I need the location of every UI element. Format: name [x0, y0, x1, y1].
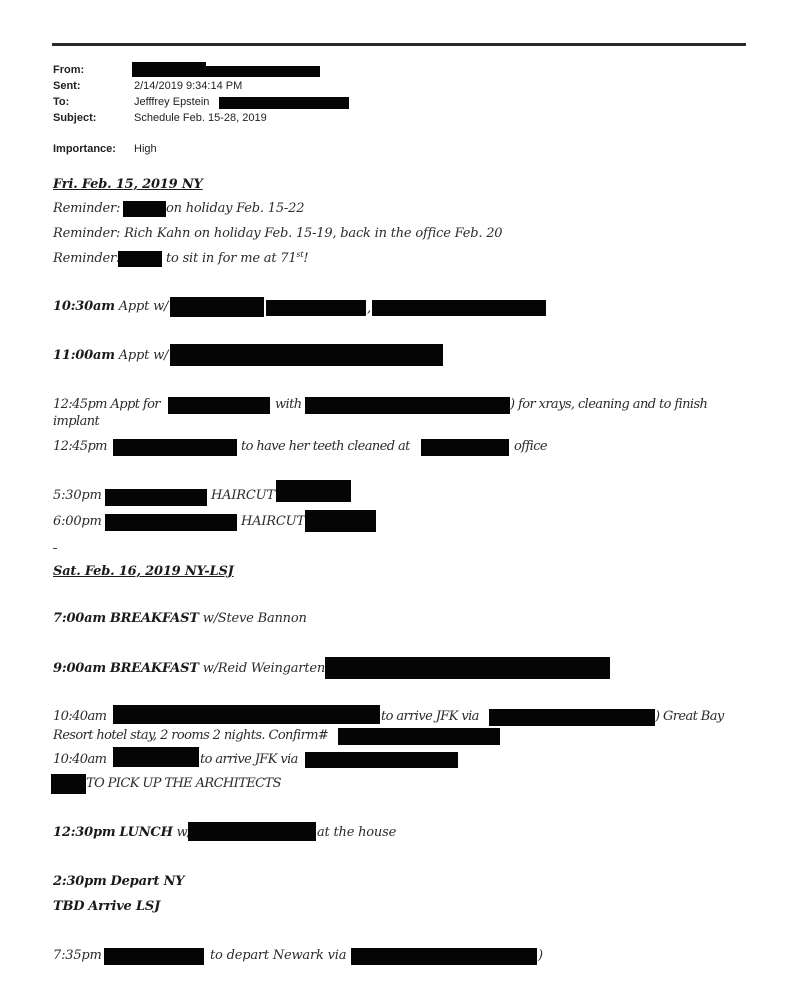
- entry-time: 11:00am: [53, 348, 115, 363]
- to-label: To:: [53, 96, 69, 109]
- reminder-suffix: !: [303, 251, 308, 266]
- entry-event: LUNCH: [119, 825, 172, 840]
- comma: ,: [367, 300, 371, 317]
- day-heading-fri: Fri. Feb. 15, 2019 NY: [53, 176, 203, 193]
- entry-text-c: ) for xrays, cleaning and to finish: [510, 396, 707, 413]
- to-redaction: [219, 97, 349, 109]
- entry-text: Appt w/: [119, 348, 169, 363]
- redaction: [305, 397, 510, 414]
- to-value: Jefffrey Epstein: [134, 96, 209, 109]
- separator-dash: [53, 548, 57, 549]
- redaction: [276, 480, 351, 502]
- from-redaction: [132, 66, 320, 77]
- entry-1030: 10:30am Appt w/: [53, 298, 168, 315]
- entry-text: ): [538, 947, 543, 964]
- entry-time: 7:00am: [53, 611, 106, 626]
- entry-text: to have her teeth cleaned at: [241, 438, 410, 455]
- reminder-2: Reminder: Rich Kahn on holiday Feb. 15-1…: [53, 225, 502, 242]
- entry-230: 2:30pm Depart NY: [53, 873, 184, 890]
- entry-time: TBD: [53, 899, 84, 914]
- entry-text-d: implant: [53, 413, 99, 430]
- entry-text: Appt w/: [119, 299, 169, 314]
- reminder-1-text: on holiday Feb. 15-22: [166, 200, 304, 217]
- entry-1040-b: 10:40am: [53, 751, 106, 768]
- redaction: [118, 251, 162, 267]
- redaction: [325, 657, 610, 679]
- entry-with: with: [275, 396, 301, 413]
- day-heading-sat: Sat. Feb. 16, 2019 NY-LSJ: [53, 563, 234, 580]
- entry-event: BREAKFAST: [110, 661, 199, 676]
- entry-1245-teeth: 12:45pm: [53, 438, 107, 455]
- sent-value: 2/14/2019 9:34:14 PM: [134, 80, 242, 93]
- entry-text: HAIRCUT: [241, 513, 305, 530]
- redaction: [372, 300, 546, 316]
- entry-text: HAIRCUT: [211, 487, 275, 504]
- entry-text: Appt for: [110, 397, 159, 412]
- entry-1040-a: 10:40am: [53, 708, 106, 725]
- entry-event: Arrive LSJ: [88, 899, 160, 914]
- entry-1245-appt: 12:45pm Appt for: [53, 396, 160, 413]
- reminder-text: to sit in for me at 71: [166, 251, 296, 266]
- entry-text: to depart Newark via: [210, 947, 346, 964]
- entry-text: at the house: [317, 824, 396, 841]
- redaction: [113, 439, 237, 456]
- entry-text: ) Great Bay: [655, 708, 724, 725]
- entry-time: 2:30pm: [53, 874, 107, 889]
- entry-600: 6:00pm: [53, 513, 102, 530]
- entry-event: Depart NY: [111, 874, 185, 889]
- redaction: [123, 201, 166, 217]
- redaction: [170, 344, 443, 366]
- entry-time: 10:30am: [53, 299, 115, 314]
- redaction: [104, 948, 204, 965]
- redaction: [421, 439, 509, 456]
- redaction: [351, 948, 537, 965]
- entry-time: 9:00am: [53, 661, 106, 676]
- reminder-1: Reminder:: [53, 200, 120, 217]
- entry-735: 7:35pm: [53, 947, 102, 964]
- entry-event: BREAKFAST: [110, 611, 199, 626]
- redaction: [305, 752, 458, 768]
- entry-1100: 11:00am Appt w/: [53, 347, 168, 364]
- entry-700: 7:00am BREAKFAST w/Steve Bannon: [53, 610, 307, 627]
- reminder-text: Rich Kahn on holiday Feb. 15-19, back in…: [124, 226, 502, 241]
- redaction: [188, 822, 316, 841]
- header-rule: [52, 43, 746, 46]
- sent-label: Sent:: [53, 80, 81, 93]
- redaction: [489, 709, 655, 726]
- from-label: From:: [53, 64, 84, 77]
- redaction: [305, 510, 376, 532]
- importance-label: Importance:: [53, 143, 116, 156]
- reminder-prefix: Reminder:: [53, 201, 120, 216]
- reminder-prefix: Reminder:: [53, 226, 120, 241]
- entry-text: Resort hotel stay, 2 rooms 2 nights. Con…: [53, 727, 328, 744]
- redaction: [113, 747, 199, 767]
- subject-value: Schedule Feb. 15-28, 2019: [134, 112, 267, 125]
- redaction: [266, 300, 366, 316]
- redaction: [105, 514, 237, 531]
- importance-value: High: [134, 143, 157, 156]
- entry-900: 9:00am BREAKFAST w/Reid Weingarten: [53, 660, 325, 677]
- reminder-prefix: Reminder:: [53, 251, 120, 266]
- entry-tbd: TBD Arrive LSJ: [53, 898, 160, 915]
- entry-time: 12:30pm: [53, 825, 115, 840]
- reminder-3-text: to sit in for me at 71st!: [166, 250, 308, 267]
- entry-1230: 12:30pm LUNCH w/: [53, 824, 192, 841]
- entry-time: 12:45pm: [53, 397, 107, 412]
- redaction: [170, 297, 264, 317]
- entry-text: w/Steve Bannon: [203, 611, 307, 626]
- entry-text: to arrive JFK via: [200, 751, 298, 768]
- entry-architects: TO PICK UP THE ARCHITECTS: [86, 775, 281, 792]
- entry-text: to arrive JFK via: [381, 708, 479, 725]
- reminder-3: Reminder:: [53, 250, 120, 267]
- entry-text: office: [514, 438, 547, 455]
- entry-text: w/Reid Weingarten: [203, 661, 325, 676]
- redaction: [113, 705, 380, 724]
- redaction: [338, 728, 500, 745]
- redaction: [168, 397, 270, 414]
- redaction: [105, 489, 207, 506]
- subject-label: Subject:: [53, 112, 96, 125]
- redaction: [51, 774, 86, 794]
- entry-530: 5:30pm: [53, 487, 102, 504]
